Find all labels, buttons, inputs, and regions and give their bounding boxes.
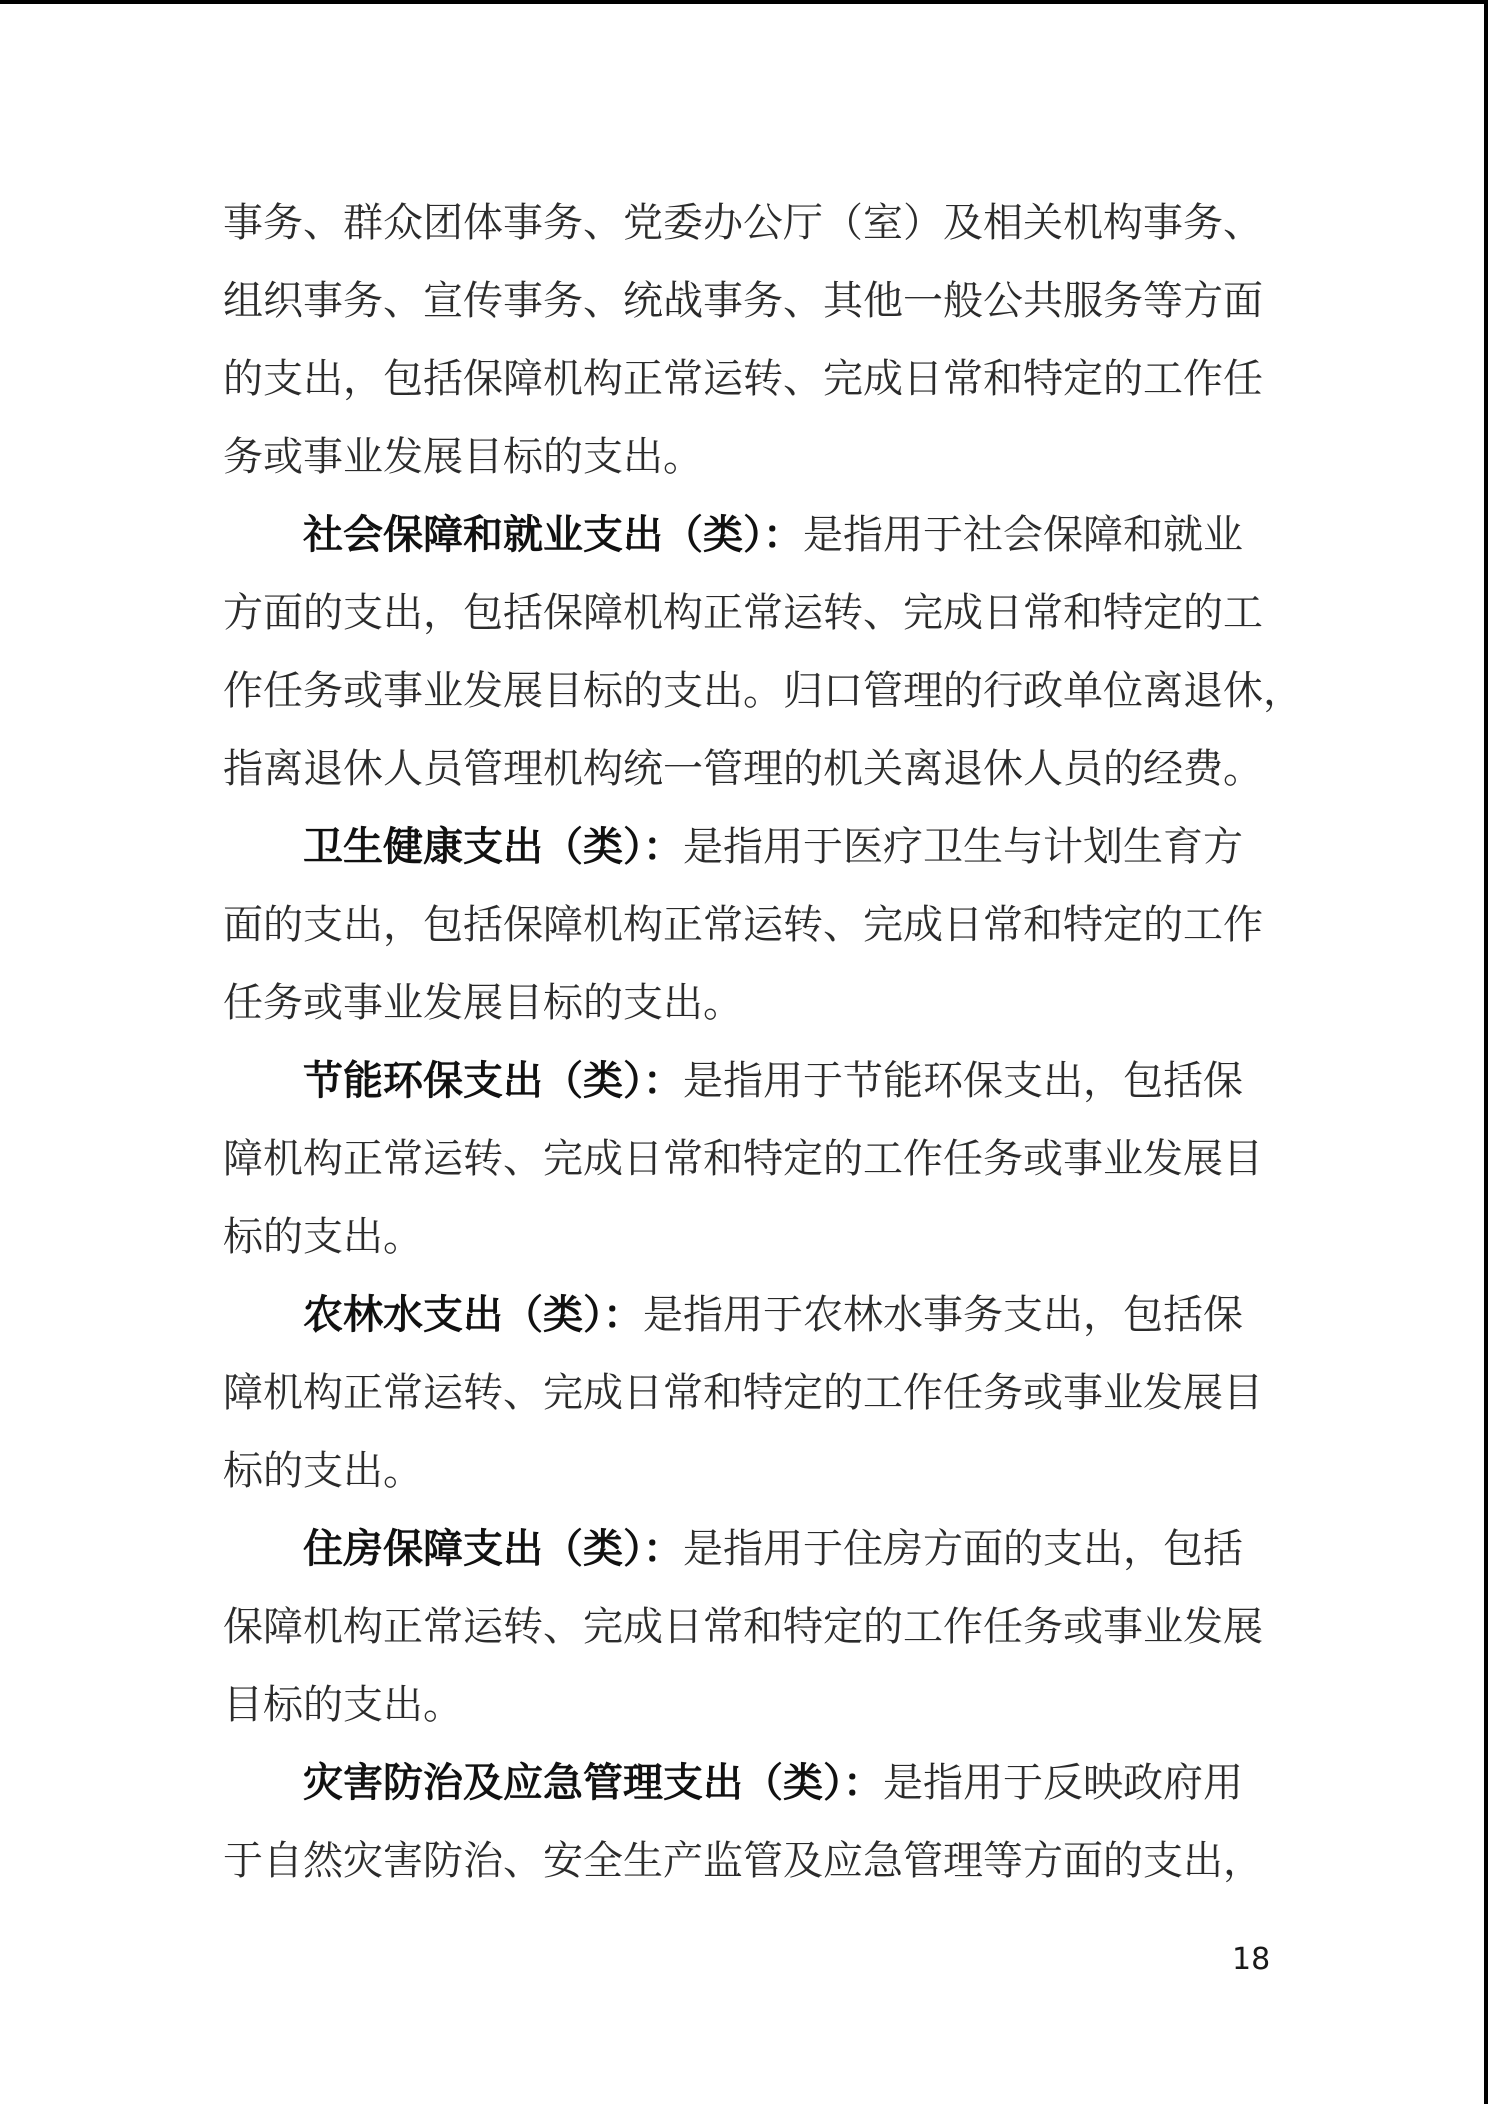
text-line: 组织事务、宣传事务、统战事务、其他一般公共服务等方面 [223,262,1263,340]
text-line: 住房保障支出（类）：是指用于住房方面的支出，包括 [223,1510,1263,1588]
heading-run: 社会保障和就业支出（类）： [303,511,803,558]
text-line: 障机构正常运转、完成日常和特定的工作任务或事业发展目 [223,1120,1263,1198]
page-right-border [1484,0,1488,2104]
text-line: 卫生健康支出（类）：是指用于医疗卫生与计划生育方 [223,808,1263,886]
body-run: 作任务或事业发展目标的支出。归口管理的行政单位离退休， [223,668,1303,714]
text-line: 目标的支出。 [223,1666,1263,1744]
text-line: 社会保障和就业支出（类）：是指用于社会保障和就业 [223,496,1263,574]
text-block: 事务、群众团体事务、党委办公厅（室）及相关机构事务、组织事务、宣传事务、统战事务… [223,184,1263,1900]
body-run: 务或事业发展目标的支出。 [223,434,703,480]
text-line: 标的支出。 [223,1432,1263,1510]
body-run: 障机构正常运转、完成日常和特定的工作任务或事业发展目 [223,1136,1263,1182]
text-line: 的支出，包括保障机构正常运转、完成日常和特定的工作任 [223,340,1263,418]
heading-run: 卫生健康支出（类）： [303,823,683,870]
body-run: 于自然灾害防治、安全生产监管及应急管理等方面的支出， [223,1838,1263,1884]
text-line: 指离退休人员管理机构统一管理的机关离退休人员的经费。 [223,730,1263,808]
body-run: 是指用于反映政府用 [883,1760,1243,1806]
page-top-border [0,0,1488,4]
body-run: 障机构正常运转、完成日常和特定的工作任务或事业发展目 [223,1370,1263,1416]
text-line: 节能环保支出（类）：是指用于节能环保支出，包括保 [223,1042,1263,1120]
heading-run: 住房保障支出（类）： [303,1525,683,1572]
page-number: 18 [1232,1942,1270,1978]
text-line: 任务或事业发展目标的支出。 [223,964,1263,1042]
document-page: 事务、群众团体事务、党委办公厅（室）及相关机构事务、组织事务、宣传事务、统战事务… [0,0,1488,2104]
body-run: 组织事务、宣传事务、统战事务、其他一般公共服务等方面 [223,278,1263,324]
body-run: 保障机构正常运转、完成日常和特定的工作任务或事业发展 [223,1604,1263,1650]
body-run: 是指用于农林水事务支出，包括保 [643,1292,1243,1338]
text-line: 于自然灾害防治、安全生产监管及应急管理等方面的支出， [223,1822,1263,1900]
body-run: 面的支出，包括保障机构正常运转、完成日常和特定的工作 [223,902,1263,948]
body-run: 指离退休人员管理机构统一管理的机关离退休人员的经费。 [223,746,1263,792]
body-run: 目标的支出。 [223,1682,463,1728]
body-run: 是指用于节能环保支出，包括保 [683,1058,1243,1104]
heading-run: 灾害防治及应急管理支出（类）： [303,1759,883,1806]
text-line: 事务、群众团体事务、党委办公厅（室）及相关机构事务、 [223,184,1263,262]
text-line: 务或事业发展目标的支出。 [223,418,1263,496]
body-run: 是指用于住房方面的支出，包括 [683,1526,1243,1572]
text-line: 障机构正常运转、完成日常和特定的工作任务或事业发展目 [223,1354,1263,1432]
body-run: 是指用于医疗卫生与计划生育方 [683,824,1243,870]
body-run: 的支出，包括保障机构正常运转、完成日常和特定的工作任 [223,356,1263,402]
text-line: 方面的支出，包括保障机构正常运转、完成日常和特定的工 [223,574,1263,652]
text-line: 灾害防治及应急管理支出（类）：是指用于反映政府用 [223,1744,1263,1822]
body-run: 任务或事业发展目标的支出。 [223,980,743,1026]
body-run: 标的支出。 [223,1214,423,1260]
heading-run: 农林水支出（类）： [303,1291,643,1338]
text-line: 作任务或事业发展目标的支出。归口管理的行政单位离退休， [223,652,1263,730]
text-line: 保障机构正常运转、完成日常和特定的工作任务或事业发展 [223,1588,1263,1666]
text-line: 标的支出。 [223,1198,1263,1276]
body-run: 是指用于社会保障和就业 [803,512,1243,558]
body-run: 事务、群众团体事务、党委办公厅（室）及相关机构事务、 [223,200,1263,246]
body-run: 方面的支出，包括保障机构正常运转、完成日常和特定的工 [223,590,1263,636]
heading-run: 节能环保支出（类）： [303,1057,683,1104]
text-line: 面的支出，包括保障机构正常运转、完成日常和特定的工作 [223,886,1263,964]
text-line: 农林水支出（类）：是指用于农林水事务支出，包括保 [223,1276,1263,1354]
body-run: 标的支出。 [223,1448,423,1494]
